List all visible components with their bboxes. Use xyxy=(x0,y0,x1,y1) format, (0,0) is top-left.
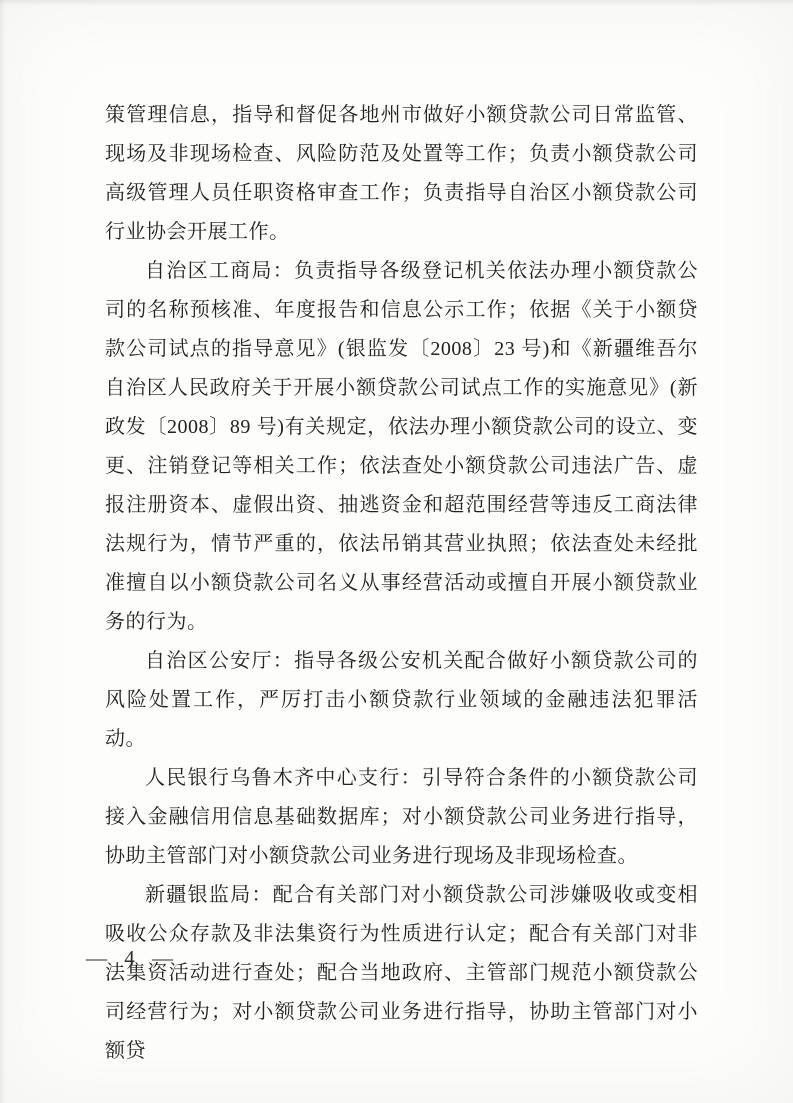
paragraph-peoples-bank-urumqi-branch: 人民银行乌鲁木齐中心支行：引导符合条件的小额贷款公司接入金融信用信息基础数据库；… xyxy=(105,759,698,876)
scan-edge-shading xyxy=(0,0,6,1103)
paragraph-industry-commerce-bureau: 自治区工商局：负责指导各级登记机关依法办理小额贷款公司的名称预核准、年度报告和信… xyxy=(105,252,698,642)
scan-edge-shading xyxy=(0,0,793,6)
paragraph-xinjiang-banking-regulator: 新疆银监局：配合有关部门对小额贷款公司涉嫌吸收或变相吸收公众存款及非法集资行为性… xyxy=(105,876,698,1071)
scanned-document-page: 策管理信息，指导和督促各地州市做好小额贷款公司日常监管、现场及非现场检查、风险防… xyxy=(0,0,793,1103)
page-number: — 4 — xyxy=(86,946,179,971)
document-body: 策管理信息，指导和督促各地州市做好小额贷款公司日常监管、现场及非现场检查、风险防… xyxy=(105,96,698,1071)
paragraph-public-security-department: 自治区公安厅：指导各级公安机关配合做好小额贷款公司的风险处置工作，严厉打击小额贷… xyxy=(105,642,698,759)
paragraph-continuation-supervision-duties: 策管理信息，指导和督促各地州市做好小额贷款公司日常监管、现场及非现场检查、风险防… xyxy=(105,96,698,252)
